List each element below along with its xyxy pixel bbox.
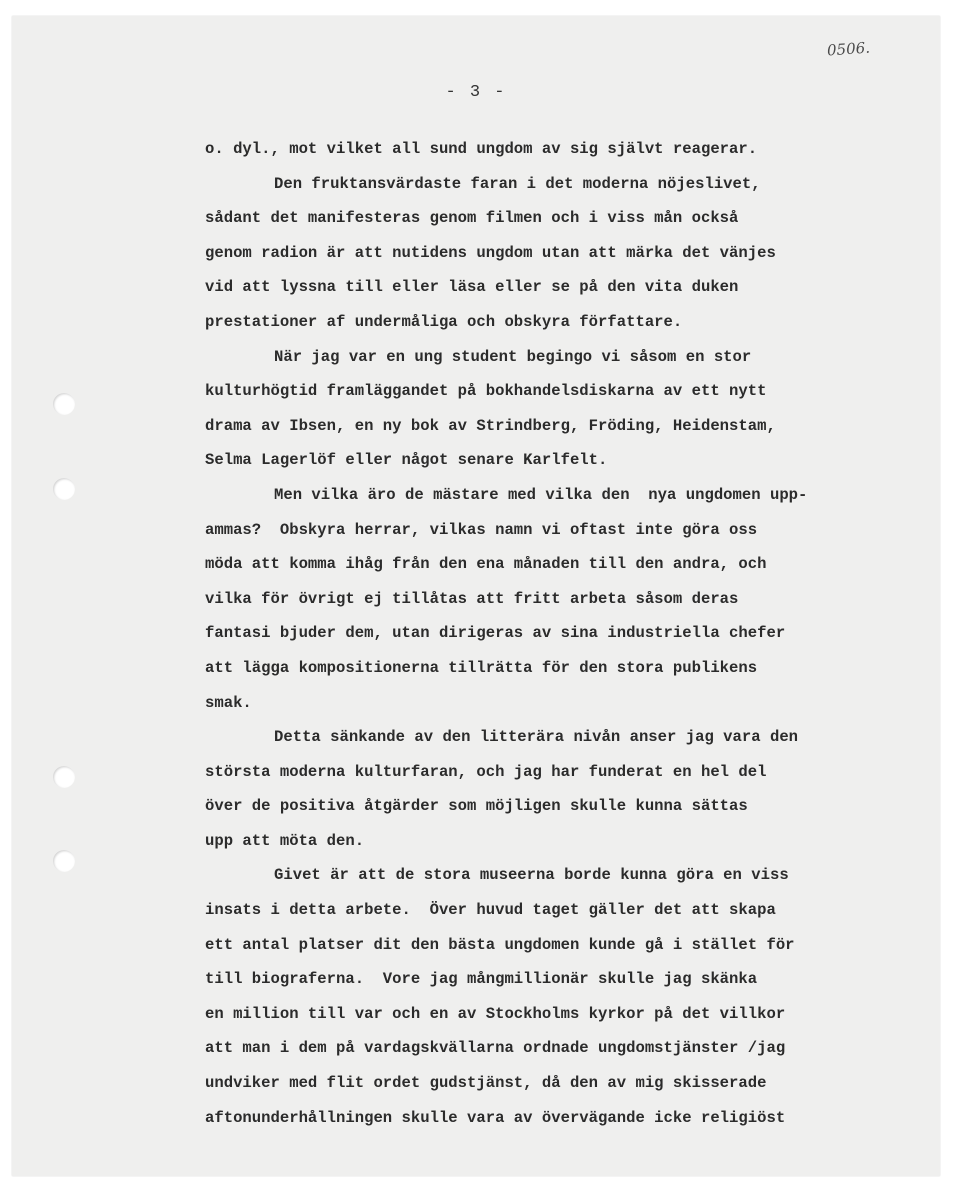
punch-hole [53,766,75,788]
text-line: När jag var en ung student begingo vi så… [205,340,895,375]
text-line: aftonunderhållningen skulle vara av över… [205,1101,895,1136]
text-line: o. dyl., mot vilket all sund ungdom av s… [205,132,895,167]
text-line: smak. [205,686,895,721]
text-line: upp att möta den. [205,824,895,859]
text-line: insats i detta arbete. Över huvud taget … [205,893,895,928]
text-line: till biograferna. Vore jag mångmillionär… [205,962,895,997]
punch-hole [53,478,75,500]
text-line: Givet är att de stora museerna borde kun… [205,858,895,893]
text-line: Selma Lagerlöf eller något senare Karlfe… [205,443,895,478]
punch-hole [53,850,75,872]
text-line: största moderna kulturfaran, och jag har… [205,755,895,790]
text-line: undviker med flit ordet gudstjänst, då d… [205,1066,895,1101]
handwritten-archive-number: 0506. [826,39,870,60]
text-line: sådant det manifesteras genom filmen och… [205,201,895,236]
text-line: att lägga kompositionerna tillrätta för … [205,651,895,686]
text-line: möda att komma ihåg från den ena månaden… [205,547,895,582]
text-line: över de positiva åtgärder som möjligen s… [205,789,895,824]
page-number: - 3 - [12,83,940,102]
text-line: en million till var och en av Stockholms… [205,997,895,1032]
text-line: drama av Ibsen, en ny bok av Strindberg,… [205,409,895,444]
typed-body-text: o. dyl., mot vilket all sund ungdom av s… [205,132,895,1135]
text-line: Detta sänkande av den litterära nivån an… [205,720,895,755]
text-line: ammas? Obskyra herrar, vilkas namn vi of… [205,513,895,548]
text-line: ett antal platser dit den bästa ungdomen… [205,928,895,963]
text-line: kulturhögtid framläggandet på bokhandels… [205,374,895,409]
text-line: att man i dem på vardagskvällarna ordnad… [205,1031,895,1066]
text-line: fantasi bjuder dem, utan dirigeras av si… [205,616,895,651]
text-line: Men vilka äro de mästare med vilka den n… [205,478,895,513]
text-line: vilka för övrigt ej tillåtas att fritt a… [205,582,895,617]
punch-hole [53,393,75,415]
text-line: genom radion är att nutidens ungdom utan… [205,236,895,271]
text-line: vid att lyssna till eller läsa eller se … [205,270,895,305]
text-line: Den fruktansvärdaste faran i det moderna… [205,167,895,202]
text-line: prestationer af undermåliga och obskyra … [205,305,895,340]
